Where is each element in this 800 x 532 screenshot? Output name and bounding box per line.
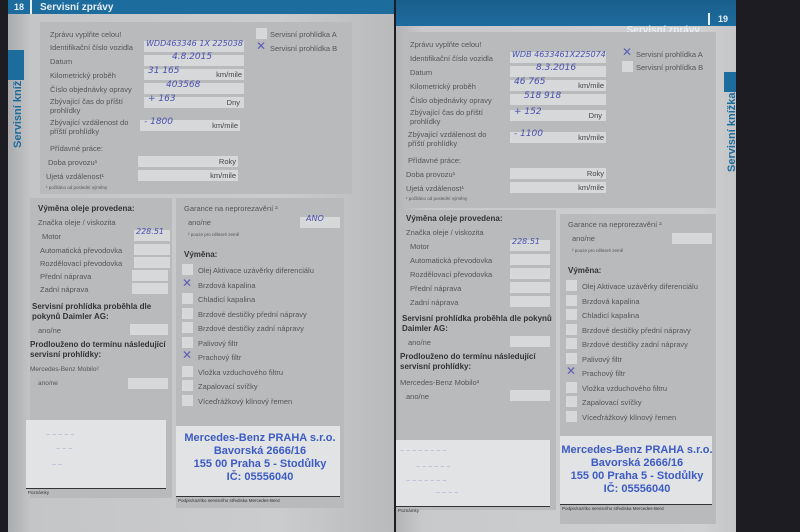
- oil-rear-axle-field[interactable]: [510, 296, 550, 307]
- date-field[interactable]: 8.3.2016: [510, 66, 606, 77]
- signature-line: [176, 496, 340, 497]
- replacement-checkbox[interactable]: [182, 264, 193, 275]
- mobilo-yesno-label: ano/ne: [406, 392, 429, 401]
- service-report-box: Zprávu vyplňte celou! Identifikační čísl…: [40, 22, 352, 194]
- replacement-checkbox[interactable]: [182, 293, 193, 304]
- operating-time-field[interactable]: Roky: [510, 168, 606, 179]
- vin-field[interactable]: WDD463346 1X 225038: [144, 41, 244, 52]
- oil-rear-axle-label: Zadní náprava: [410, 298, 458, 307]
- inspection-a-checkbox[interactable]: [256, 28, 267, 39]
- remarks-area[interactable]: ~ ~ ~ ~ ~ ~ ~ ~ ~ ~: [26, 420, 166, 488]
- replacement-item-label: Brzdová kapalina: [198, 281, 256, 290]
- oil-auto-label: Automatická převodovka: [410, 256, 492, 265]
- footnote: ¹ počítáno od poslední výměny: [406, 196, 467, 201]
- footnote: ¹ počítáno od poslední výměny: [46, 185, 107, 190]
- page-number: 19: [708, 13, 736, 25]
- replacement-item-label: Prachový filtr: [582, 369, 625, 378]
- section-tab-marker: [724, 72, 736, 92]
- page-number: 18: [8, 0, 32, 14]
- daimler-yesno-label: ano/ne: [38, 326, 61, 335]
- replacement-checkbox[interactable]: [566, 280, 577, 291]
- distance-driven-field[interactable]: km/mile: [510, 182, 606, 193]
- mobilo-yesno-field[interactable]: [510, 390, 550, 401]
- extended-title: Prodlouženo do termínu následující servi…: [30, 340, 172, 360]
- guarantee-yesno-label: ano/ne: [188, 218, 211, 227]
- replacement-item-label: Palivový filtr: [198, 339, 238, 348]
- daimler-yesno-label: ano/ne: [408, 338, 431, 347]
- oil-rear-axle-field[interactable]: [132, 283, 168, 294]
- mileage-label: Kilometrický proběh: [410, 82, 476, 91]
- oil-motor-field[interactable]: 228.51: [510, 240, 550, 251]
- oil-transfer-label: Rozdělovací převodovka: [40, 259, 122, 268]
- signature-line: [560, 504, 712, 505]
- replacement-item-label: Chladicí kapalina: [198, 295, 255, 304]
- mileage-field[interactable]: 31 165km/mile: [144, 69, 244, 80]
- mileage-field[interactable]: 46 765km/mile: [510, 80, 606, 91]
- guarantee-field[interactable]: [672, 233, 712, 244]
- date-field[interactable]: 4.8.2015: [144, 55, 244, 66]
- oil-front-axle-label: Přední náprava: [40, 272, 91, 281]
- extra-work-label: Přídavné práce:: [50, 144, 103, 153]
- replacement-item-label: Olej Aktivace uzávěrky diferenciálu: [582, 282, 698, 291]
- mobilo-yesno-field[interactable]: [128, 378, 168, 389]
- oil-motor-label: Motor: [410, 242, 429, 251]
- fill-instruction: Zprávu vyplňte celou!: [410, 40, 481, 49]
- replacement-checkbox[interactable]: [182, 380, 193, 391]
- dealer-stamp: Mercedes-Benz PRAHA s.r.o. Bavorská 2666…: [182, 432, 338, 484]
- oil-motor-label: Motor: [42, 232, 61, 241]
- mobilo-label: Mercedes-Benz Mobilo²: [30, 366, 99, 373]
- guarantee-yesno-label: ano/ne: [572, 234, 595, 243]
- signature-caption: Podpis/razítko servisního střediska Merc…: [178, 498, 280, 503]
- replacement-item-label: Brzdové destičky přední nápravy: [198, 310, 307, 319]
- distance-field[interactable]: - 1100km/mile: [510, 132, 606, 143]
- operating-time-label: Doba provozu¹: [406, 170, 455, 179]
- mileage-label: Kilometrický proběh: [50, 71, 116, 80]
- replacement-checkbox[interactable]: [566, 396, 577, 407]
- replacement-item-label: Víceďrážkový klínový řemen: [582, 413, 676, 422]
- time-label: Zbývající čas do příští prohlídky: [410, 108, 500, 126]
- time-field[interactable]: + 163Dny: [144, 97, 244, 108]
- guarantee-field[interactable]: ANO: [300, 217, 340, 228]
- distance-label: Zbývající vzdálenost do příští prohlídky: [408, 130, 504, 148]
- inspection-b-checkbox[interactable]: [622, 61, 633, 72]
- replacement-checkbox[interactable]: [566, 411, 577, 422]
- replacement-checkbox[interactable]: [566, 353, 577, 364]
- remarks-line: [396, 506, 550, 507]
- replacement-item-label: Brzdové destičky přední nápravy: [582, 326, 691, 335]
- replacement-checkbox[interactable]: [182, 337, 193, 348]
- oil-rear-axle-label: Zadní náprava: [40, 285, 88, 294]
- replacement-item-label: Brzdová kapalina: [582, 297, 640, 306]
- replacement-checkbox[interactable]: [566, 309, 577, 320]
- stamp-area[interactable]: Mercedes-Benz PRAHA s.r.o. Bavorská 2666…: [560, 436, 712, 504]
- replacement-item-label: Olej Aktivace uzávěrky diferenciálu: [198, 266, 314, 275]
- header-title: Servisní zprávy: [32, 1, 121, 15]
- replacement-item-label: Vložka vzduchového filtru: [582, 384, 667, 393]
- side-label: Servisní knížka: [726, 93, 736, 173]
- replacement-box: Garance na neprorezavění ² ano/ne ² pouz…: [560, 214, 716, 524]
- order-field[interactable]: 403568: [144, 83, 244, 94]
- replacement-item-label: Zapalovací svíčky: [198, 382, 258, 391]
- remarks-line: [26, 488, 166, 489]
- order-label: Číslo objednávky opravy: [50, 85, 132, 94]
- fill-instruction: Zprávu vyplňte celou!: [50, 30, 121, 39]
- oil-title: Výměna oleje provedena:: [406, 214, 502, 223]
- daimler-title: Servisní prohlídka proběhla dle pokynů D…: [402, 314, 552, 334]
- operating-time-field[interactable]: Roky: [138, 156, 238, 167]
- remarks-label: Poznámky: [28, 490, 49, 495]
- date-label: Datum: [410, 68, 432, 77]
- oil-auto-field[interactable]: [510, 254, 550, 265]
- right-page: Servisní zprávy19 Servisní knížka Zprávu…: [396, 0, 736, 532]
- distance-label: Zbývající vzdálenost do příští prohlídky: [50, 118, 142, 136]
- mobilo-yesno-label: ano/ne: [38, 380, 58, 387]
- replacement-item-label: Palivový filtr: [582, 355, 622, 364]
- daimler-yesno-field[interactable]: [510, 336, 550, 347]
- oil-transfer-label: Rozdělovací převodovka: [410, 270, 492, 279]
- distance-driven-label: Ujetá vzdálenost¹: [406, 184, 464, 193]
- replacement-checkbox[interactable]: [182, 308, 193, 319]
- oil-transfer-field[interactable]: [510, 268, 550, 279]
- replacement-checkbox[interactable]: [566, 382, 577, 393]
- replacement-title: Výměna:: [184, 250, 217, 259]
- oil-brand-label: Značka oleje / viskozita: [38, 218, 116, 227]
- oil-transfer-field[interactable]: [134, 257, 170, 268]
- inspection-b-checkbox[interactable]: [256, 42, 267, 53]
- daimler-yesno-field[interactable]: [130, 324, 168, 335]
- guarantee-title: Garance na neprorezavění ²: [568, 220, 662, 229]
- operating-time-label: Doba provozu¹: [48, 158, 97, 167]
- distance-field[interactable]: - 1800km/mile: [140, 120, 240, 131]
- daimler-title: Servisní prohlídka proběhla dle pokynů D…: [32, 302, 172, 322]
- oil-change-box: Výměna oleje provedena: Značka oleje / v…: [398, 210, 556, 510]
- oil-brand-label: Značka oleje / viskozita: [406, 228, 484, 237]
- replacement-item-label: Zapalovací svíčky: [582, 398, 642, 407]
- date-label: Datum: [50, 57, 72, 66]
- inspection-a-label: Servisní prohlídka A: [270, 30, 337, 39]
- guarantee-note: ² pouze pro některé země: [188, 232, 239, 237]
- replacement-item-label: Chladicí kapalina: [582, 311, 639, 320]
- replacement-checkbox[interactable]: [566, 324, 577, 335]
- replacement-item-label: Brzdové destičky zadní nápravy: [582, 340, 688, 349]
- guarantee-note: ² pouze pro některé země: [572, 248, 623, 253]
- time-field[interactable]: + 152Dny: [510, 110, 606, 121]
- replacement-checkbox[interactable]: [182, 351, 193, 362]
- inspection-a-label: Servisní prohlídka A: [636, 50, 703, 59]
- oil-change-box: Výměna oleje provedena: Značka oleje / v…: [30, 198, 172, 498]
- oil-front-axle-label: Přední náprava: [410, 284, 461, 293]
- replacement-checkbox[interactable]: [182, 395, 193, 406]
- order-field[interactable]: 518 918: [510, 94, 606, 105]
- guarantee-title: Garance na neprorezavění ²: [184, 204, 278, 213]
- distance-driven-label: Ujetá vzdálenost¹: [46, 172, 104, 181]
- vin-label: Identifikační číslo vozidla: [50, 43, 133, 52]
- replacement-checkbox[interactable]: [566, 367, 577, 378]
- extra-work-label: Přídavné práce:: [408, 156, 461, 165]
- replacement-title: Výměna:: [568, 266, 601, 275]
- signature-caption: Podpis/razítko servisního střediska Merc…: [562, 506, 664, 511]
- page-header: 18Servisní zprávy: [8, 0, 394, 14]
- extended-title: Prodlouženo do termínu následující servi…: [400, 352, 550, 372]
- replacement-checkbox[interactable]: [566, 295, 577, 306]
- oil-front-axle-field[interactable]: [510, 282, 550, 293]
- time-label: Zbývající čas do příští prohlídky: [50, 97, 130, 115]
- replacement-item-label: Brzdové destičky zadní nápravy: [198, 324, 304, 333]
- replacement-item-label: Vložka vzduchového filtru: [198, 368, 283, 377]
- mobilo-label: Mercedes-Benz Mobilo²: [400, 378, 479, 387]
- replacement-box: Garance na neprorezavění ² ano/ne ANO ² …: [176, 198, 344, 508]
- oil-auto-label: Automatická převodovka: [40, 246, 122, 255]
- oil-motor-field[interactable]: 228.51: [134, 230, 170, 241]
- replacement-item-label: Prachový filtr: [198, 353, 241, 362]
- stamp-area[interactable]: Mercedes-Benz PRAHA s.r.o. Bavorská 2666…: [176, 426, 340, 496]
- replacement-checkbox[interactable]: [182, 279, 193, 290]
- vin-label: Identifikační číslo vozidla: [410, 54, 493, 63]
- oil-auto-field[interactable]: [134, 244, 170, 255]
- page-header: Servisní zprávy19: [396, 0, 736, 26]
- service-report-box: Zprávu vyplňte celou! Identifikační čísl…: [404, 32, 716, 208]
- oil-front-axle-field[interactable]: [132, 270, 168, 281]
- vin-field[interactable]: WDB 4633461X225074: [510, 52, 606, 63]
- inspection-b-label: Servisní prohlídka B: [270, 44, 337, 53]
- inspection-b-label: Servisní prohlídka B: [636, 63, 703, 72]
- replacement-checkbox[interactable]: [182, 366, 193, 377]
- remarks-label: Poznámky: [398, 508, 419, 513]
- order-label: Číslo objednávky opravy: [410, 96, 492, 105]
- replacement-item-label: Víceďrážkový klínový řemen: [198, 397, 292, 406]
- left-page: 18Servisní zprávy Servisní knížka Zprávu…: [8, 0, 394, 532]
- inspection-a-checkbox[interactable]: [622, 48, 633, 59]
- replacement-checkbox[interactable]: [566, 338, 577, 349]
- replacement-checkbox[interactable]: [182, 322, 193, 333]
- dealer-stamp: Mercedes-Benz PRAHA s.r.o. Bavorská 2666…: [560, 444, 714, 496]
- oil-title: Výměna oleje provedena:: [38, 204, 134, 213]
- side-label: Servisní knížka: [12, 69, 24, 149]
- remarks-area[interactable]: ~ ~ ~ ~ ~ ~ ~ ~ ~ ~ ~ ~ ~ ~ ~ ~ ~ ~ ~ ~ …: [396, 440, 550, 506]
- distance-driven-field[interactable]: km/mile: [138, 170, 238, 181]
